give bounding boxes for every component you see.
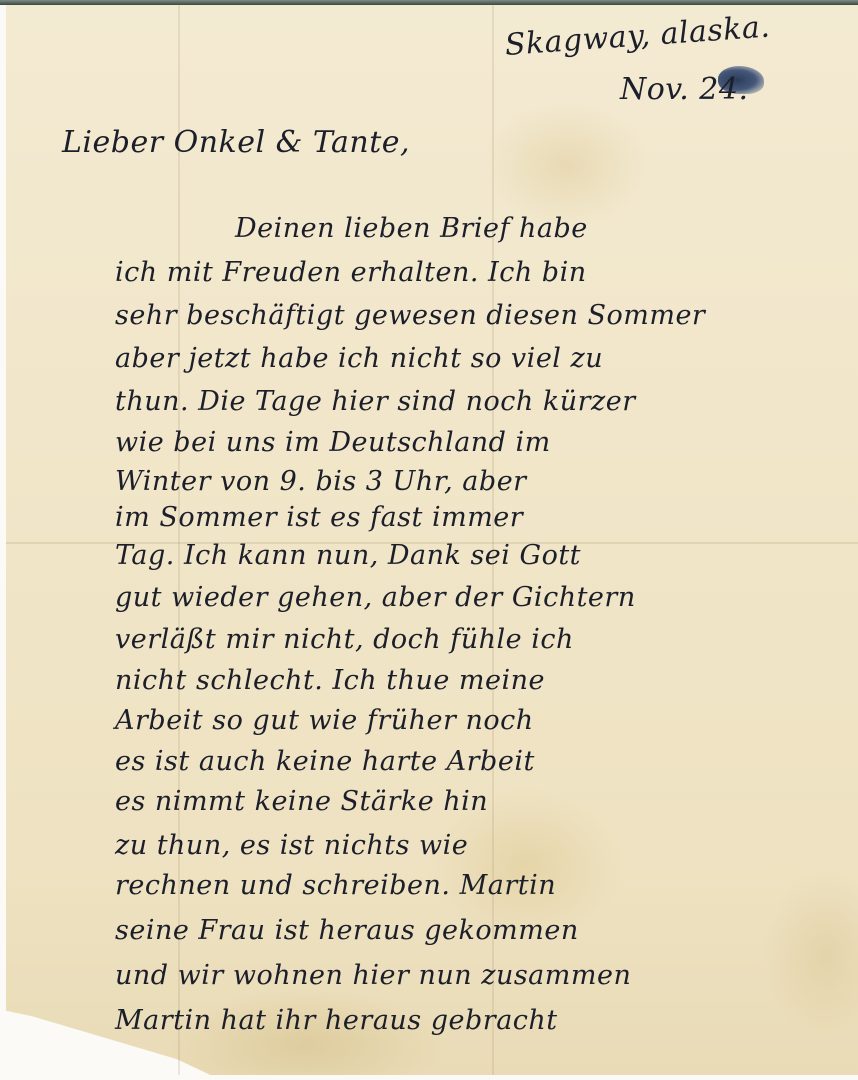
letter-line: Deinen lieben Brief habe — [235, 213, 588, 244]
letter-line: sehr beschäftigt gewesen diesen Sommer — [115, 300, 705, 331]
scan-background: Skagway, alaska. Nov. 24. Lieber Onkel &… — [0, 0, 858, 1080]
letter-line: Martin hat ihr heraus gebracht — [115, 1005, 558, 1036]
letter-line: ich mit Freuden erhalten. Ich bin — [115, 257, 587, 288]
letter-line: es ist auch keine harte Arbeit — [115, 746, 535, 777]
letter-line: nicht schlecht. Ich thue meine — [115, 665, 545, 696]
letter-date: Nov. 24. — [620, 72, 748, 107]
scan-top-edge — [0, 0, 858, 5]
letter-line: verläßt mir nicht, doch fühle ich — [115, 624, 574, 655]
letter-line: im Sommer ist es fast immer — [115, 502, 523, 533]
letter-line: seine Frau ist heraus gekommen — [115, 915, 579, 946]
letter-line: Winter von 9. bis 3 Uhr, aber — [115, 466, 527, 497]
letter-line: aber jetzt habe ich nicht so viel zu — [115, 343, 603, 374]
letter-line: wie bei uns im Deutschland im — [115, 427, 551, 458]
letter-line: gut wieder gehen, aber der Gichtern — [115, 582, 636, 613]
letter-line: zu thun, es ist nichts wie — [115, 830, 468, 861]
letter-line: Arbeit so gut wie früher noch — [115, 705, 534, 736]
letter-line: es nimmt keine Stärke hin — [115, 786, 488, 817]
letter-salutation: Lieber Onkel & Tante, — [62, 125, 410, 160]
letter-line: und wir wohnen hier nun zusammen — [115, 960, 631, 991]
letter-line: Tag. Ich kann nun, Dank sei Gott — [115, 540, 581, 571]
letter-line: rechnen und schreiben. Martin — [115, 870, 556, 901]
letter-line: thun. Die Tage hier sind noch kürzer — [115, 386, 636, 417]
